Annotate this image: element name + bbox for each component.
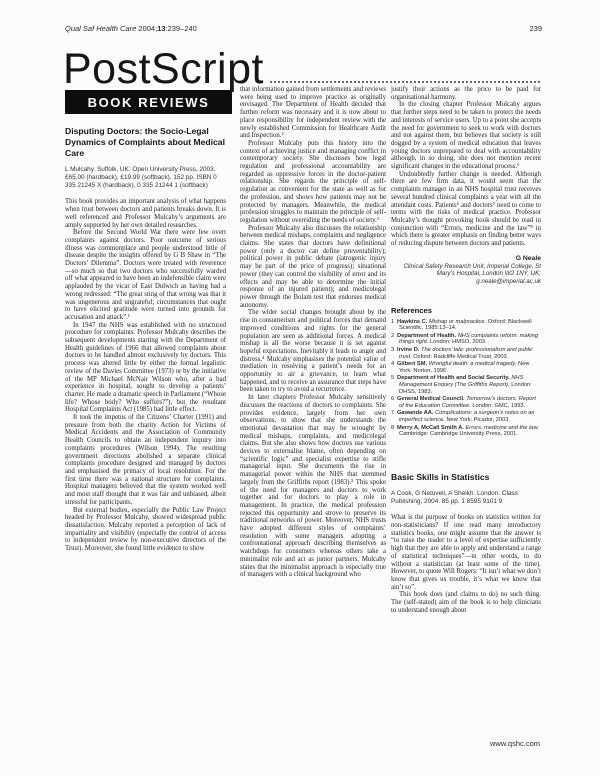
review1-paragraph: Before the Second World War there were f…: [65, 229, 226, 321]
review1-paragraph: Professor Mulcahy also discusses the rel…: [240, 225, 386, 310]
review1-title: Disputing Doctors: the Socio-Legal Dynam…: [65, 126, 226, 159]
review1-paragraph: It took the impetus of the Citizens’ Cha…: [65, 414, 226, 506]
journal-volume: 13: [157, 24, 165, 33]
review1-paragraph: In later chapters Professor Mulcahy sens…: [240, 394, 386, 579]
reviewer-signature: G Neale Clinical Safety Research Unit, I…: [391, 254, 541, 285]
reference-item: 4Gilbert SM. Wrongful death: a medical t…: [391, 361, 541, 374]
review1-paragraph: In the closing chapter Professor Mulcahy…: [391, 101, 541, 170]
review1-paragraph: This book provides an important analysis…: [65, 198, 226, 229]
review1-paragraph: The wider social changes brought about b…: [240, 309, 386, 394]
review2-paragraph: What is the purpose of books on statisti…: [391, 514, 541, 591]
reference-item: 2Department of Health. NHS complaints re…: [391, 333, 541, 346]
journal-pages: :239–240: [166, 24, 197, 33]
review1-paragraph: that information gained from settlements…: [240, 86, 386, 140]
review1-paragraph: Professor Mulcahy puts this history into…: [240, 140, 386, 225]
reference-item: 8Merry A, McCall Smith A. Errors, medici…: [391, 425, 541, 438]
review1-paragraph: justify their actions as the price to be…: [391, 86, 541, 101]
references-section: References 1Hawkins C. Mishap or malprac…: [391, 307, 541, 438]
reference-details: Cambridge: Cambridge University Press, 2…: [399, 431, 518, 437]
book-reviews-banner: BOOK REVIEWS: [65, 90, 232, 114]
review1-paragraph: In 1947 the NHS was established with no …: [65, 322, 226, 414]
reviewer-name: G Neale: [391, 254, 541, 263]
page-number: 239: [529, 24, 542, 33]
review1-citation: L Mulcahy. Suffolk, UK: Open University …: [65, 166, 226, 189]
review1-paragraph: Undoubtedly further change is needed. Al…: [391, 171, 541, 248]
reference-title: Wrongful death: a medical tragedy.: [429, 361, 517, 367]
reference-details: London: GMC, 1993.: [472, 403, 525, 409]
section-title: PostScript: [63, 46, 264, 92]
reference-item: 7Gawande AA. Complications: a surgeon’s …: [391, 410, 541, 423]
dotted-leader: [270, 81, 540, 83]
review2-title: Basic Skills in Statistics: [391, 472, 541, 483]
reference-author: Gilbert SM.: [397, 361, 427, 367]
review1-paragraph: But external bodies, especially the Publ…: [65, 507, 226, 553]
journal-page: Qual Saf Health Care 2004;13:239–240 239…: [0, 0, 600, 776]
references-heading: References: [391, 307, 541, 315]
journal-name: Qual Saf Health Care: [65, 24, 136, 33]
reviewer-affiliation: Clinical Safety Research Unit, Imperial …: [391, 263, 541, 285]
reference-details: New York: Picador, 2003.: [446, 417, 510, 423]
journal-citation: Qual Saf Health Care 2004;13:239–240: [65, 24, 197, 33]
column-3: justify their actions as the price to be…: [391, 86, 541, 615]
column-2: that information gained from settlements…: [240, 86, 386, 579]
reference-item: 1Hawkins C. Mishap or malpractice. Oxfor…: [391, 319, 541, 332]
reference-author: General Medical Council.: [397, 396, 465, 402]
journal-year: 2004;: [136, 24, 157, 33]
review2-citation: A Cook, G Netuveli, A Sheikh. London: Cl…: [391, 490, 541, 506]
reference-details: Oxford: Radcliffe Medical Trust, 2003.: [413, 354, 508, 360]
journal-website: www.qshc.com: [490, 739, 540, 748]
reference-author: Merry A, McCall Smith A.: [397, 425, 464, 431]
reference-item: 3Irvine D. The doctors’ tale: profession…: [391, 347, 541, 360]
reference-author: Hawkins C.: [397, 319, 427, 325]
reference-details: London: HMSO, 2003.: [430, 339, 487, 345]
reference-author: Department of Health and Social Security…: [397, 375, 510, 381]
review2-paragraph: This book does (and claims to do) no suc…: [391, 591, 541, 614]
reference-item: 6General Medical Council. Tomorrow’s doc…: [391, 396, 541, 409]
reference-author: Irvine D.: [397, 347, 419, 353]
reference-item: 5Department of Health and Social Securit…: [391, 375, 541, 395]
reference-author: Department of Health.: [397, 333, 456, 339]
reference-author: Gawande AA.: [397, 410, 433, 416]
book-reviews-banner-label: BOOK REVIEWS: [88, 95, 210, 110]
running-head: Qual Saf Health Care 2004;13:239–240 239: [65, 24, 542, 33]
column-1: Disputing Doctors: the Socio-Legal Dynam…: [65, 126, 226, 553]
reference-title: Mishap or malpractice.: [429, 319, 486, 325]
reference-title: Errors, medicine and the law.: [466, 425, 539, 431]
